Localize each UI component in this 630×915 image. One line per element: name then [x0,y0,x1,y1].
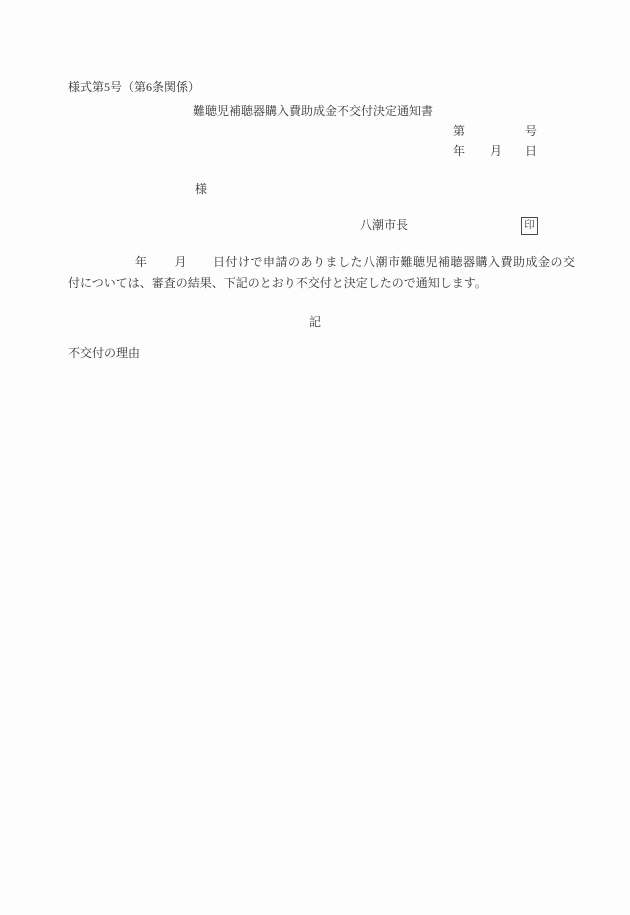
body-day-blank [187,265,213,266]
section-marker-ki: 記 [0,316,630,329]
seal-mark: 印 [521,217,538,235]
reason-label: 不交付の理由 [68,347,140,360]
date-month-blank [465,154,490,155]
body-month-label: 月 [175,255,188,269]
doc-number-suffix: 号 [525,124,537,138]
date-line: 年月日 [453,145,537,158]
sender-name: 八潮市長 [360,219,408,232]
document-page: 様式第5号（第6条関係） 難聴児補聴器購入費助成金不交付決定通知書 第号 年月日… [0,0,630,915]
addressee-honorific: 様 [195,183,207,196]
body-line-2: 付については、審査の結果、下記のとおり不交付と決定したので通知します。 [68,277,487,290]
date-day-label: 日 [525,144,537,158]
body-line-1: 年月日付けで申請のありました八潮市難聴児補聴器購入費助成金の交 [68,256,576,269]
date-day-blank [502,154,525,155]
form-number: 様式第5号（第6条関係） [68,81,200,94]
body-date-indent-blank [68,265,135,266]
body-line-1-text: 日付けで申請のありました八潮市難聴児補聴器購入費助成金の交 [213,255,576,269]
doc-number-blank [465,134,525,135]
doc-number-prefix: 第 [453,124,465,138]
body-year-label: 年 [135,255,148,269]
body-month-blank [148,265,175,266]
date-year-label: 年 [453,144,465,158]
document-title: 難聴児補聴器購入費助成金不交付決定通知書 [193,105,433,118]
doc-number-line: 第号 [453,125,537,138]
date-month-label: 月 [490,144,502,158]
